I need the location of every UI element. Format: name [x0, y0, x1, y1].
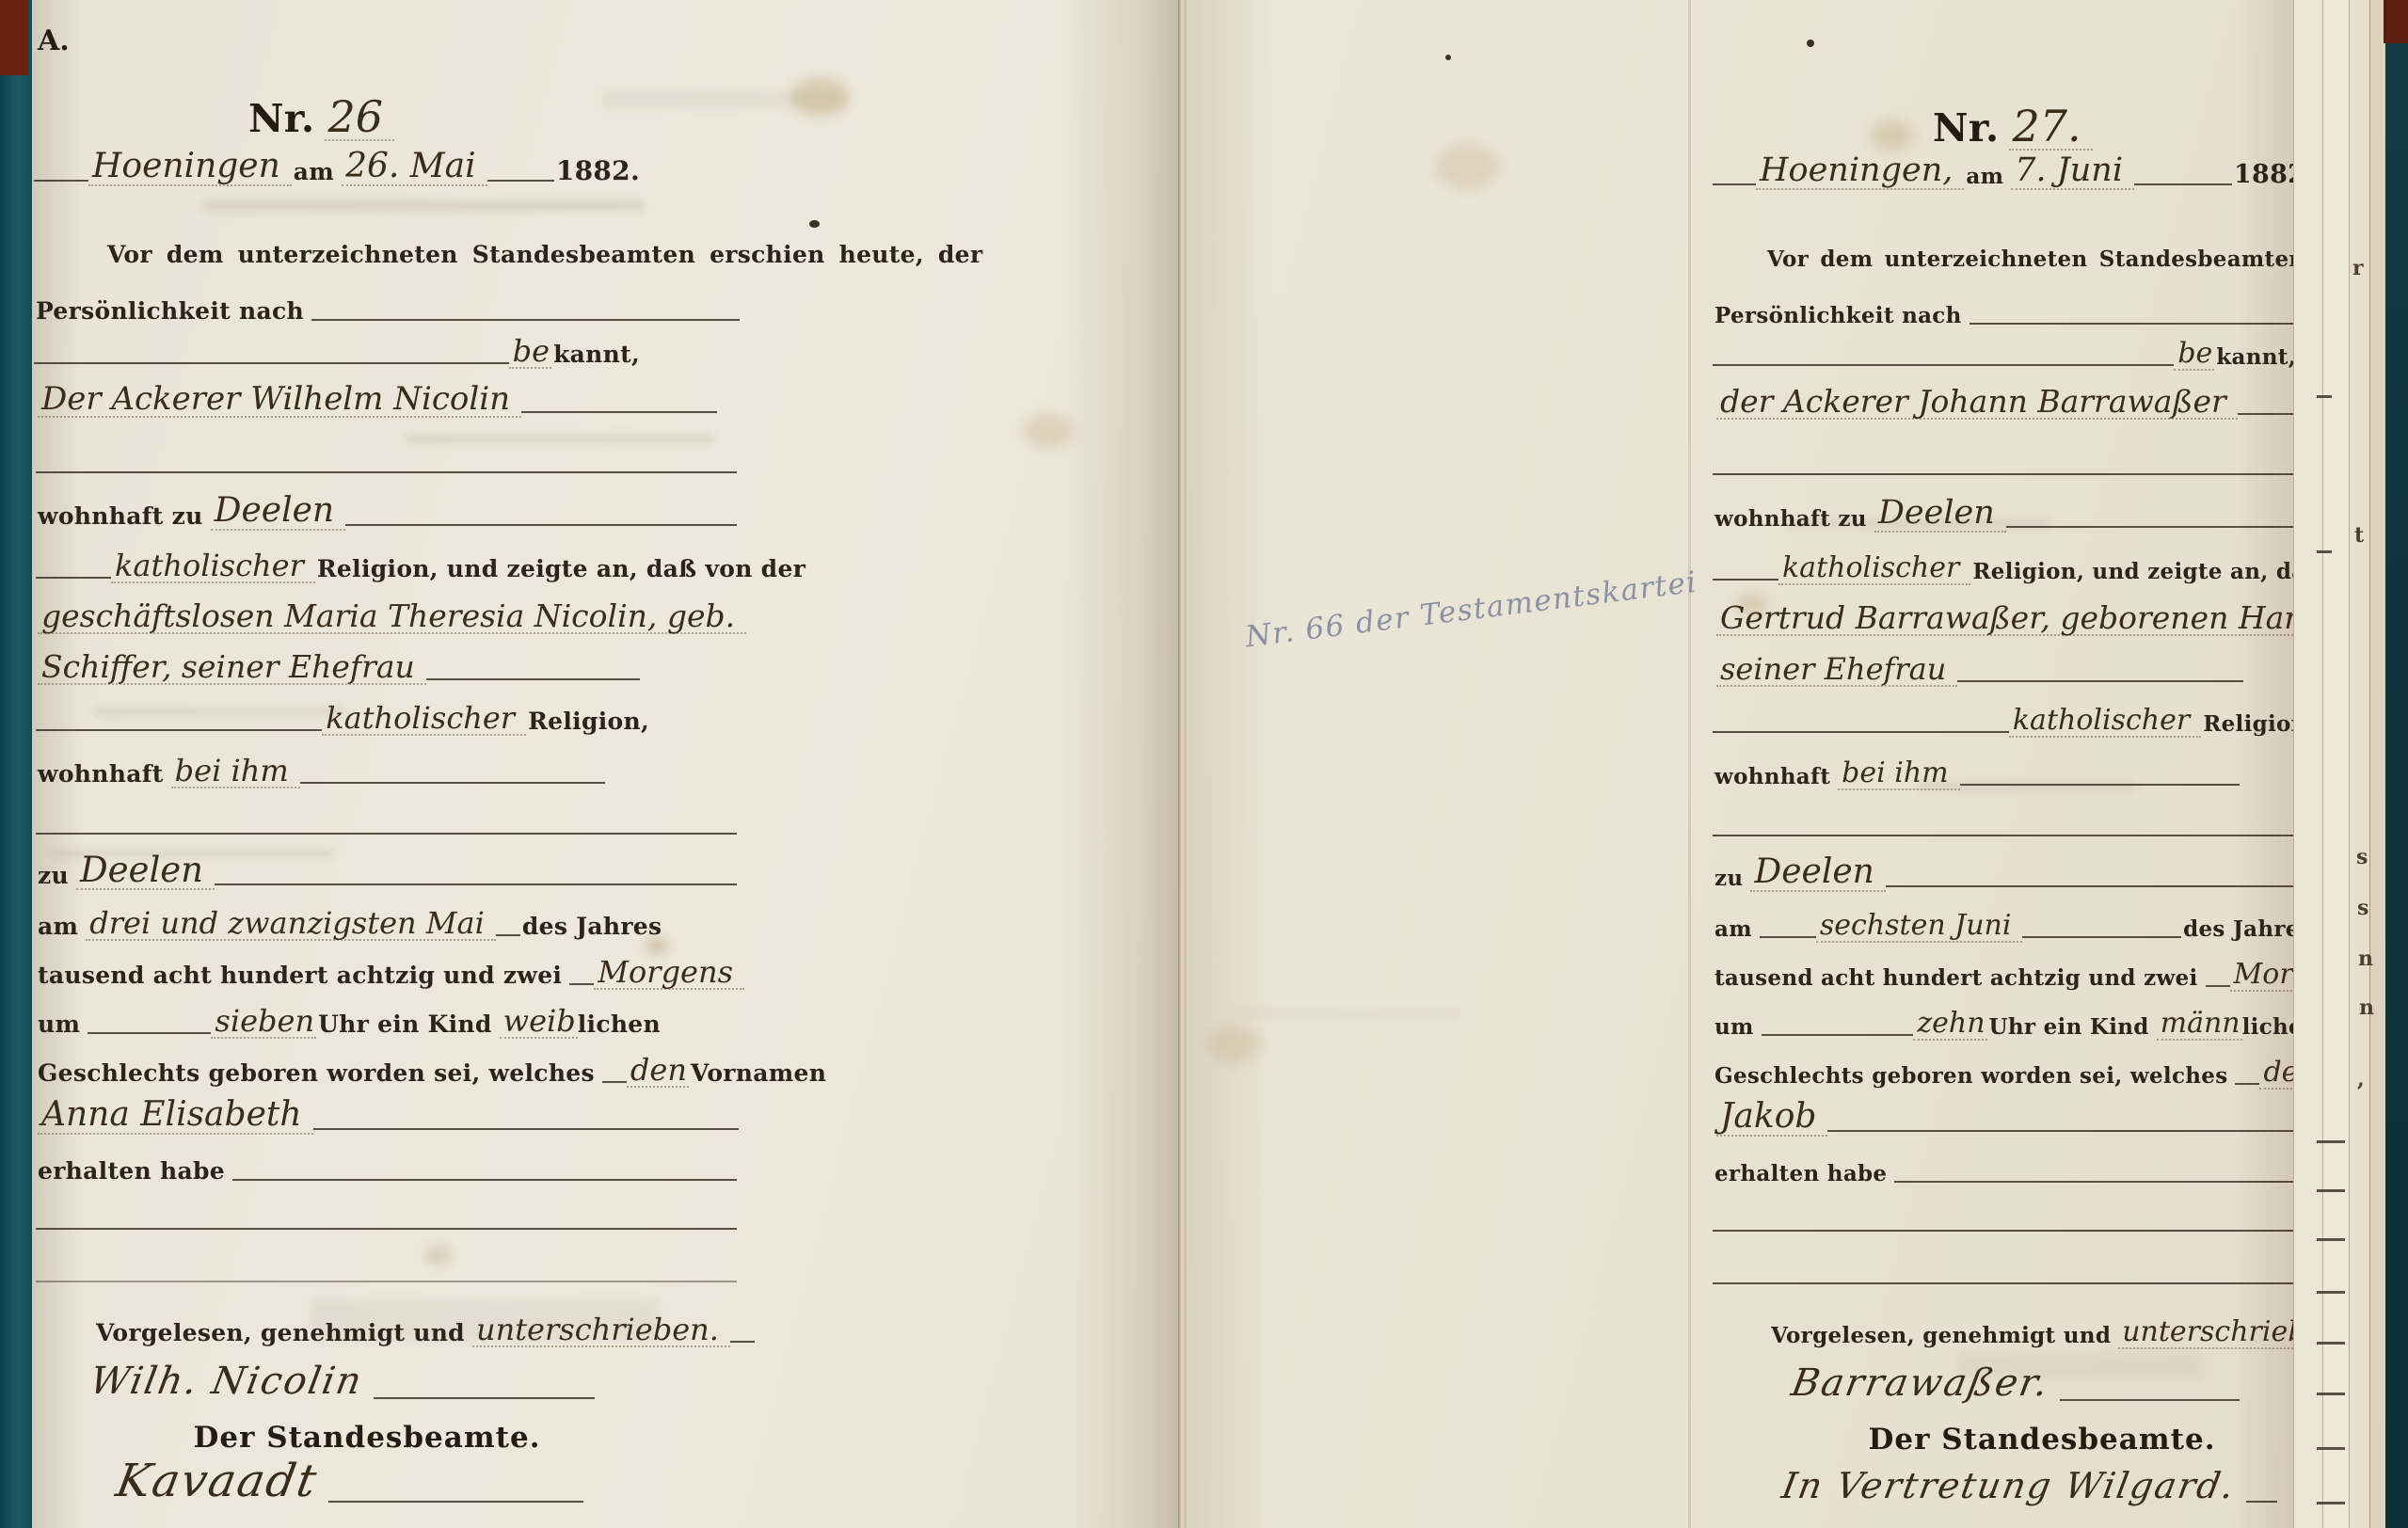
rule-segment — [2134, 182, 2232, 185]
rule-segment — [1960, 782, 2240, 786]
rule-segment — [1957, 678, 2243, 682]
bleed-through-mark — [202, 199, 645, 212]
blank-rule-left — [36, 461, 737, 478]
religion-printed: Religion, und zeigte an, daß von der — [315, 557, 813, 583]
rule-segment — [1969, 321, 2320, 325]
des-jahres-printed: des Jahres — [520, 915, 670, 941]
rule-segment — [487, 178, 554, 182]
registrar-signature-left: Kavaadt — [113, 1449, 583, 1507]
rule-segment — [1894, 1179, 2315, 1183]
rule-segment — [36, 1279, 737, 1282]
right-margin-shadow — [2235, 0, 2293, 1528]
archival-pencil-annotation: Nr. 66 der Testamentskartei — [1244, 565, 1699, 655]
child-name-line-left: Anna Elisabeth — [38, 1091, 739, 1135]
paper-stain — [1024, 414, 1073, 448]
place-date-line-right: Hoeningen, am 7. Juni 1882. — [1713, 141, 2322, 190]
paper-stain — [1208, 1026, 1261, 1063]
place-date-line-left: Hoeningen am 26. Mai 1882. — [34, 137, 647, 186]
wohnhaft-printed: wohnhaft — [36, 762, 171, 788]
registrar-label-right: Der Standesbeamte. — [1858, 1413, 2225, 1456]
religion-line-right: katholischer Religion, und zeigte an, da… — [1713, 542, 2320, 585]
declarant-handwritten: Der Ackerer Wilhelm Nicolin — [38, 383, 521, 418]
rule-segment — [602, 1079, 627, 1083]
persoenlichkeit-line-left: Persönlichkeit nach — [34, 282, 740, 326]
page-edge-rule-fragment — [2317, 1447, 2345, 1450]
birthdate-handwritten: sechsten Juni — [1816, 912, 2023, 943]
rule-segment — [426, 676, 640, 680]
blank-rule-left — [36, 822, 737, 839]
intro-line-left: Vor dem unterzeichneten Standesbeamten e… — [105, 243, 990, 269]
year-printed: 1882. — [554, 157, 647, 186]
year-words-printed: tausend acht hundert achtzig und zwei — [1713, 967, 2206, 992]
religion-line-left: katholischer Religion, und zeigte an, da… — [36, 540, 706, 583]
bekannt-line-right: be kannt, — [1713, 327, 2304, 371]
child-name-handwritten: Jakob — [1716, 1100, 1827, 1137]
birthplace-handwritten: Deelen — [1750, 855, 1885, 892]
birthdate-line-right: am sechsten Juni des Jahres — [1713, 899, 2320, 943]
sex-line-right: Geschlechts geboren worden sei, welches … — [1713, 1046, 2334, 1090]
am-label: am — [292, 160, 342, 186]
rule-segment — [374, 1395, 595, 1399]
mother2-handwritten: Schiffer, seiner Ehefrau — [38, 651, 426, 685]
rule-segment — [1827, 1128, 2300, 1132]
book-binding-left — [0, 0, 32, 1528]
rule-segment — [2246, 1499, 2277, 1503]
wohnhaft-printed: wohnhaft — [1713, 766, 1838, 790]
lichen-printed: lichen — [578, 1012, 668, 1039]
registrar-signature-right: In Vertretung Wilgard. — [1778, 1453, 2277, 1507]
geschlechts-printed: Geschlechts geboren worden sei, welches — [1713, 1065, 2235, 1090]
registrar-signature-handwritten: In Vertretung Wilgard. — [1775, 1468, 2249, 1507]
paper-speck — [1445, 55, 1451, 60]
erhalten-line-right: erhalten habe — [1713, 1144, 2315, 1187]
rule-segment — [88, 1030, 211, 1034]
hour-handwritten: sieben — [211, 1006, 316, 1039]
date-handwritten: 7. Juni — [2011, 154, 2134, 190]
place-handwritten: Hoeningen — [88, 150, 292, 186]
zu-printed: zu — [1713, 867, 1750, 892]
sex-handwritten: männ — [2157, 1010, 2242, 1041]
year-words-line-left: tausend acht hundert achtzig und zwei Mo… — [36, 947, 657, 990]
rule-segment — [2206, 983, 2230, 987]
geschlechts-printed: Geschlechts geboren worden sei, welches — [36, 1061, 602, 1088]
kannt-printed: kannt, — [2214, 346, 2304, 371]
rule-segment — [36, 1226, 737, 1230]
edge-text-fragment: r — [2352, 256, 2364, 280]
am-label: am — [1964, 166, 2011, 190]
gutter-shadow — [1061, 0, 1180, 1528]
nr-label: Nr. — [247, 99, 325, 141]
registrar-signature-handwritten: Kavaadt — [108, 1458, 332, 1507]
wohnhaft-zu-printed: wohnhaft zu — [1713, 508, 1874, 533]
page-edge-rule-fragment — [2317, 1393, 2345, 1395]
rule-segment — [34, 178, 88, 182]
mother-handwritten: geschäftslosen Maria Theresia Nicolin, g… — [38, 600, 746, 634]
rule-segment — [1713, 1228, 2315, 1232]
date-handwritten: 26. Mai — [342, 150, 487, 186]
rule-segment — [1886, 883, 2315, 887]
hour-handwritten: zehn — [1913, 1010, 1986, 1041]
persoenlichkeit-label: Persönlichkeit nach — [34, 299, 311, 326]
page-edge-rule-fragment — [2317, 1238, 2345, 1241]
blank-rule-right — [1713, 1272, 2315, 1289]
year-words-printed: tausend acht hundert achtzig und zwei — [36, 963, 569, 990]
gutter-fade — [1187, 0, 1276, 1528]
record-number-left: Nr. 26 — [247, 79, 394, 141]
rule-segment — [1713, 362, 2174, 366]
rule-segment — [1713, 833, 2315, 836]
rule-segment — [311, 317, 740, 321]
signature-handwritten: Wilh. Nicolin — [83, 1362, 377, 1404]
daytime-handwritten: Morgens — [594, 957, 744, 990]
declarant-handwritten: der Ackerer Johann Barrawaßer — [1716, 386, 2238, 420]
rule-segment — [36, 727, 322, 731]
birthdate-handwritten: drei und zwanzigsten Mai — [86, 908, 496, 941]
paper-speck — [1807, 40, 1814, 47]
book-cover-right — [2385, 0, 2408, 1528]
paper-stain — [1434, 143, 1500, 190]
page-edge-strip — [2322, 0, 2350, 1528]
rule-segment — [2006, 524, 2305, 528]
paper-stain — [790, 77, 849, 117]
page-edge-rule-fragment — [2317, 1342, 2345, 1345]
hour-line-right: um zehn Uhr ein Kind männ lichen — [1713, 997, 2326, 1041]
rule-segment — [313, 1126, 739, 1130]
rule-segment — [2022, 934, 2181, 938]
page-edge-strip — [2293, 0, 2323, 1528]
edge-text-fragment: t — [2354, 523, 2364, 548]
paper-stain — [425, 1246, 452, 1265]
rule-segment — [36, 575, 111, 579]
book-binding-left-corner — [0, 0, 28, 75]
page-edge-rule-fragment — [2317, 1502, 2345, 1504]
nr-value-handwritten: 26 — [325, 95, 395, 141]
sex-handwritten: weib — [500, 1006, 578, 1039]
bei-ihm-handwritten: bei ihm — [171, 756, 300, 788]
paper-speck — [809, 220, 820, 228]
birthplace-handwritten: Deelen — [76, 852, 215, 890]
declarant-signature-left: Wilh. Nicolin — [87, 1351, 595, 1404]
mother-handwritten: Gertrud Barrawaßer, geborenen Hansen, — [1716, 602, 2380, 636]
birthdate-line-left: am drei und zwanzigsten Mai des Jahres — [36, 898, 657, 941]
place-handwritten: Hoeningen, — [1756, 154, 1964, 190]
rule-segment — [1713, 1281, 2315, 1284]
rule-segment — [496, 932, 520, 936]
erhalten-printed: erhalten habe — [36, 1159, 232, 1186]
rule-segment — [2238, 411, 2302, 415]
page-edge-rule-fragment — [2317, 1189, 2345, 1192]
religion-handwritten: katholischer — [111, 550, 315, 583]
page-edge-rule-fragment — [2317, 550, 2332, 553]
declarant-signature-right: Barrawaßer. — [1788, 1353, 2240, 1406]
child-name-handwritten: Anna Elisabeth — [38, 1098, 313, 1135]
closing-handwritten: unterschrieben. — [472, 1314, 730, 1347]
religion2-line-right: katholischer Religion, — [1713, 694, 2322, 738]
blank-rule-right — [1713, 463, 2305, 480]
kannt-printed: kannt, — [551, 342, 647, 369]
bleed-through-mark — [1233, 1009, 1459, 1018]
birthplace-line-right: zu Deelen — [1713, 849, 2315, 892]
mother-line1-right: Gertrud Barrawaßer, geborenen Hansen, — [1716, 593, 2319, 636]
declarant-line-right: der Ackerer Johann Barrawaßer — [1716, 376, 2302, 420]
uhr-kind-printed: Uhr ein Kind — [1987, 1016, 2157, 1041]
vornamen-printed: Vornamen — [689, 1061, 834, 1088]
religion2-handwritten: katholischer — [2009, 707, 2201, 738]
blank-rule-left — [36, 1218, 737, 1234]
child-name-line-right: Jakob — [1716, 1093, 2300, 1137]
edge-text-fragment: , — [2357, 1067, 2365, 1091]
wohnhaft-bei-line-left: wohnhaft bei ihm — [36, 745, 605, 788]
edge-text-fragment: s — [2357, 896, 2368, 920]
am-printed: am — [1713, 918, 1760, 943]
declarant-line-left: Der Ackerer Wilhelm Nicolin — [38, 374, 717, 418]
mother-line1-left: geschäftslosen Maria Theresia Nicolin, g… — [38, 591, 696, 634]
residence-line-right: wohnhaft zu Deelen — [1713, 489, 2305, 533]
residence-line-left: wohnhaft zu Deelen — [36, 487, 737, 531]
page-edge-rule-fragment — [2317, 1291, 2345, 1294]
um-printed: um — [1713, 1016, 1762, 1041]
rule-segment — [2060, 1397, 2240, 1401]
rule-segment — [1713, 471, 2305, 475]
persoenlichkeit-label: Persönlichkeit nach — [1713, 305, 1969, 329]
page-letter-left: A. — [38, 24, 70, 57]
bekannt-line-left: be kannt, — [34, 326, 647, 369]
mother-line2-right: seiner Ehefrau — [1716, 644, 2243, 687]
rule-segment — [36, 470, 737, 473]
year-words-line-right: tausend acht hundert achtzig und zwei Mo… — [1713, 948, 2320, 992]
civil-register-spread: A. Nr. 26 Hoeningen am 26. Mai 1882. Vor… — [0, 0, 2408, 1528]
wohnhaft-bei-line-right: wohnhaft bei ihm — [1713, 747, 2240, 790]
book-cover-right-corner — [2384, 0, 2408, 43]
edge-text-fragment: n — [2358, 947, 2373, 971]
den-handwritten: den — [627, 1055, 689, 1088]
rule-segment — [521, 409, 717, 413]
rule-segment — [345, 522, 737, 526]
page-edge-rule-fragment — [2317, 1140, 2345, 1143]
am-printed: am — [36, 915, 86, 941]
closing-printed: Vorgelesen, genehmigt und — [1769, 1325, 2118, 1349]
rule-segment — [569, 981, 594, 985]
religion2-line-left: katholischer Religion, — [36, 692, 657, 736]
uhr-kind-printed: Uhr ein Kind — [316, 1012, 500, 1039]
bleed-through-mark — [405, 435, 715, 444]
rule-segment — [730, 1339, 755, 1343]
residence-handwritten: Deelen — [211, 494, 345, 531]
bei-ihm-handwritten: bei ihm — [1838, 759, 1959, 790]
edge-text-fragment: s — [2356, 845, 2368, 869]
rule-segment — [1760, 934, 1816, 938]
zu-printed: zu — [36, 864, 76, 890]
be-handwritten: be — [2174, 340, 2214, 371]
religion2-handwritten: katholischer — [322, 703, 526, 736]
blank-rule-right — [1713, 1219, 2315, 1236]
um-printed: um — [36, 1012, 88, 1039]
rule-segment — [232, 1177, 737, 1181]
page-edge-rule-fragment — [2317, 395, 2332, 398]
religion-handwritten: katholischer — [1778, 554, 1970, 585]
rule-segment — [300, 780, 605, 784]
erhalten-line-left: erhalten habe — [36, 1142, 737, 1186]
sex-line-left: Geschlechts geboren worden sei, welches … — [36, 1044, 687, 1088]
closing-line-left: Vorgelesen, genehmigt und unterschrieben… — [94, 1304, 659, 1347]
blank-rule-right — [1713, 824, 2315, 841]
rule-segment — [1713, 577, 1778, 581]
wohnhaft-zu-printed: wohnhaft zu — [36, 504, 211, 531]
rule-segment — [328, 1499, 583, 1503]
blank-rule-left — [36, 1270, 737, 1287]
rule-segment — [34, 360, 509, 364]
signature-handwritten: Barrawaßer. — [1784, 1364, 2064, 1406]
rule-segment — [2235, 1081, 2259, 1085]
registrar-title: Der Standesbeamte. — [1868, 1423, 2215, 1456]
persoenlichkeit-line-right: Persönlichkeit nach — [1713, 286, 2320, 329]
erhalten-printed: erhalten habe — [1713, 1163, 1894, 1187]
page-edge-strip — [2349, 0, 2370, 1528]
mother-line2-left: Schiffer, seiner Ehefrau — [38, 642, 640, 685]
closing-printed: Vorgelesen, genehmigt und — [94, 1321, 472, 1347]
gutter-crease — [1178, 0, 1187, 1528]
rule-segment — [215, 882, 737, 885]
residence-handwritten: Deelen — [1874, 497, 2006, 533]
rule-segment — [1713, 182, 1756, 185]
mother2-handwritten: seiner Ehefrau — [1716, 654, 1957, 687]
be-handwritten: be — [509, 336, 551, 369]
edge-text-fragment: n — [2359, 995, 2374, 1020]
hour-line-left: um sieben Uhr ein Kind weib lichen — [36, 995, 668, 1039]
right-page-fold — [1688, 0, 1691, 1528]
rule-segment — [1713, 729, 2009, 733]
religion2-printed: Religion, — [526, 709, 657, 736]
birthplace-line-left: zu Deelen — [36, 847, 737, 890]
rule-segment — [36, 831, 737, 835]
closing-line-right: Vorgelesen, genehmigt und unterschrieben… — [1769, 1306, 2296, 1349]
rule-segment — [1762, 1032, 1914, 1036]
